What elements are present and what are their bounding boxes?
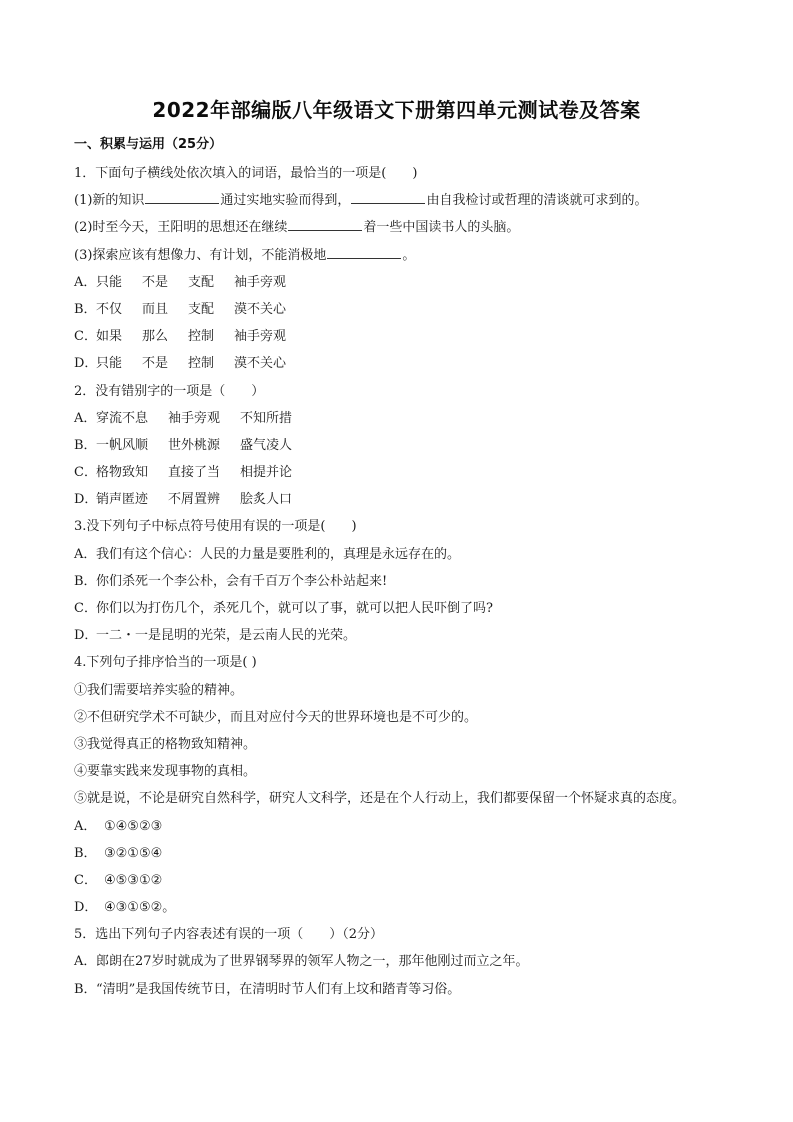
option-text: 你们杀死一个李公朴，会有千百万个李公朴站起来! bbox=[96, 574, 387, 589]
option-word: 支配 bbox=[188, 296, 216, 323]
option-word: 漠不关心 bbox=[234, 350, 286, 377]
question-2-stem: 2．没有错别字的一项是（ ） bbox=[74, 378, 754, 405]
option-label: D． bbox=[74, 894, 104, 921]
question-4-option-a: A．①④⑤②③ bbox=[74, 813, 754, 840]
option-word: 不仅 bbox=[96, 296, 124, 323]
option-word: 而且 bbox=[142, 296, 170, 323]
option-text: ③②①⑤④ bbox=[104, 846, 162, 861]
question-3-option-a: A．我们有这个信心：人民的力量是要胜利的，真理是永远存在的。 bbox=[74, 541, 754, 568]
option-word: 袖手旁观 bbox=[168, 405, 220, 432]
sentence-text: 着一些中国读书人的头脑。 bbox=[363, 220, 519, 235]
option-word: 袖手旁观 bbox=[234, 269, 286, 296]
question-4-option-b: B．③②①⑤④ bbox=[74, 840, 754, 867]
option-label: B． bbox=[74, 976, 96, 1003]
option-label: A． bbox=[74, 405, 96, 432]
option-word: 只能 bbox=[96, 269, 124, 296]
option-word: 一帆风顺 bbox=[96, 432, 148, 459]
option-word: 脍炙人口 bbox=[240, 486, 292, 513]
option-label: B． bbox=[74, 432, 96, 459]
option-word: 不屑置辨 bbox=[168, 486, 220, 513]
option-word: 不是 bbox=[142, 269, 170, 296]
option-text: 你们以为打伤几个，杀死几个，就可以了事，就可以把人民吓倒了吗? bbox=[96, 601, 493, 616]
option-label: B． bbox=[74, 840, 104, 867]
question-1-stem: 1．下面句子横线处依次填入的词语，最恰当的一项是( ) bbox=[74, 160, 754, 187]
option-word: 只能 bbox=[96, 350, 124, 377]
question-3-option-c: C．你们以为打伤几个，杀死几个，就可以了事，就可以把人民吓倒了吗? bbox=[74, 595, 754, 622]
option-label: B． bbox=[74, 568, 96, 595]
option-label: C． bbox=[74, 867, 104, 894]
question-3-stem: 3.没下列句子中标点符号使用有误的一项是( ) bbox=[74, 513, 754, 540]
fill-blank bbox=[327, 244, 401, 259]
option-label: A． bbox=[74, 948, 96, 975]
option-text: 我们有这个信心：人民的力量是要胜利的，真理是永远存在的。 bbox=[96, 547, 460, 562]
document-page: 2022年部编版八年级语文下册第四单元测试卷及答案 一、积累与运用（25分） 1… bbox=[0, 0, 793, 1122]
question-2-option-c: C．格物致知直接了当相提并论 bbox=[74, 459, 754, 486]
option-word: 格物致知 bbox=[96, 459, 148, 486]
question-1-option-d: D．只能不是控制漠不关心 bbox=[74, 350, 754, 377]
sentence-text: (3)探索应该有想像力、有计划，不能消极地 bbox=[74, 248, 326, 263]
option-word: 不知所措 bbox=[240, 405, 292, 432]
option-word: 世外桃源 bbox=[168, 432, 220, 459]
option-word: 穿流不息 bbox=[96, 405, 148, 432]
option-word: 直接了当 bbox=[168, 459, 220, 486]
fill-blank bbox=[351, 189, 425, 204]
option-label: A． bbox=[74, 541, 96, 568]
option-word: 销声匿迹 bbox=[96, 486, 148, 513]
document-title: 2022年部编版八年级语文下册第四单元测试卷及答案 bbox=[0, 94, 793, 126]
question-2-option-a: A．穿流不息袖手旁观不知所措 bbox=[74, 405, 754, 432]
question-1-sentence-1: (1)新的知识通过实地实验而得到，由自我检讨或哲理的清谈就可求到的。 bbox=[74, 187, 754, 214]
option-word: 盛气凌人 bbox=[240, 432, 292, 459]
question-1-option-b: B．不仅而且支配漠不关心 bbox=[74, 296, 754, 323]
option-word: 漠不关心 bbox=[234, 296, 286, 323]
question-3-option-b: B．你们杀死一个李公朴，会有千百万个李公朴站起来! bbox=[74, 568, 754, 595]
option-label: D． bbox=[74, 622, 96, 649]
option-text: ①④⑤②③ bbox=[104, 819, 162, 834]
option-label: A． bbox=[74, 269, 96, 296]
question-5-option-a: A．郎朗在27岁时就成为了世界钢琴界的领军人物之一，那年他刚过而立之年。 bbox=[74, 948, 754, 975]
sentence-text: (2)时至今天，王阳明的思想还在继续 bbox=[74, 220, 287, 235]
option-word: 相提并论 bbox=[240, 459, 292, 486]
fill-blank bbox=[145, 189, 219, 204]
question-list: 1．下面句子横线处依次填入的词语，最恰当的一项是( ) (1)新的知识通过实地实… bbox=[74, 160, 754, 1003]
fill-blank bbox=[288, 216, 362, 231]
option-word: 如果 bbox=[96, 323, 124, 350]
option-word: 不是 bbox=[142, 350, 170, 377]
question-4-sentence-3: ③我觉得真正的格物致知精神。 bbox=[74, 731, 754, 758]
option-label: C． bbox=[74, 323, 96, 350]
section-heading: 一、积累与运用（25分） bbox=[74, 134, 222, 156]
option-text: ④⑤③①② bbox=[104, 873, 162, 888]
option-word: 袖手旁观 bbox=[234, 323, 286, 350]
sentence-text: 通过实地实验而得到， bbox=[220, 193, 350, 208]
option-text: 一二・一是昆明的光荣，是云南人民的光荣。 bbox=[96, 628, 356, 643]
question-2-option-d: D．销声匿迹不屑置辨脍炙人口 bbox=[74, 486, 754, 513]
sentence-text: 。 bbox=[402, 248, 415, 263]
question-4-option-d: D．④③①⑤②。 bbox=[74, 894, 754, 921]
option-word: 控制 bbox=[188, 323, 216, 350]
option-text: 郎朗在27岁时就成为了世界钢琴界的领军人物之一，那年他刚过而立之年。 bbox=[96, 954, 529, 969]
question-4-sentence-2: ②不但研究学术不可缺少，而且对应付今天的世界环境也是不可少的。 bbox=[74, 704, 754, 731]
option-text: ④③①⑤②。 bbox=[104, 900, 175, 915]
question-1-option-c: C．如果那么控制袖手旁观 bbox=[74, 323, 754, 350]
option-label: D． bbox=[74, 486, 96, 513]
question-1-sentence-3: (3)探索应该有想像力、有计划，不能消极地。 bbox=[74, 242, 754, 269]
question-3-option-d: D．一二・一是昆明的光荣，是云南人民的光荣。 bbox=[74, 622, 754, 649]
question-5-option-b: B．“清明”是我国传统节日，在清明时节人们有上坟和踏青等习俗。 bbox=[74, 976, 754, 1003]
question-4-stem: 4.下列句子排序恰当的一项是( ) bbox=[74, 649, 754, 676]
option-label: B． bbox=[74, 296, 96, 323]
question-4-sentence-4: ④要靠实践来发现事物的真相。 bbox=[74, 758, 754, 785]
option-label: C． bbox=[74, 459, 96, 486]
sentence-text: (1)新的知识 bbox=[74, 193, 144, 208]
question-1-option-a: A．只能不是支配袖手旁观 bbox=[74, 269, 754, 296]
option-label: D． bbox=[74, 350, 96, 377]
question-2-option-b: B．一帆风顺世外桃源盛气凌人 bbox=[74, 432, 754, 459]
question-4-sentence-5: ⑤就是说，不论是研究自然科学，研究人文科学，还是在个人行动上，我们都要保留一个怀… bbox=[74, 785, 754, 812]
sentence-text: 由自我检讨或哲理的清谈就可求到的。 bbox=[426, 193, 647, 208]
question-5-stem: 5．选出下列句子内容表述有误的一项（ ）（2分） bbox=[74, 921, 754, 948]
option-label: A． bbox=[74, 813, 104, 840]
option-text: “清明”是我国传统节日，在清明时节人们有上坟和踏青等习俗。 bbox=[96, 982, 460, 997]
option-word: 支配 bbox=[188, 269, 216, 296]
question-4-option-c: C．④⑤③①② bbox=[74, 867, 754, 894]
option-word: 那么 bbox=[142, 323, 170, 350]
option-word: 控制 bbox=[188, 350, 216, 377]
question-1-sentence-2: (2)时至今天，王阳明的思想还在继续着一些中国读书人的头脑。 bbox=[74, 214, 754, 241]
question-4-sentence-1: ①我们需要培养实验的精神。 bbox=[74, 677, 754, 704]
option-label: C． bbox=[74, 595, 96, 622]
